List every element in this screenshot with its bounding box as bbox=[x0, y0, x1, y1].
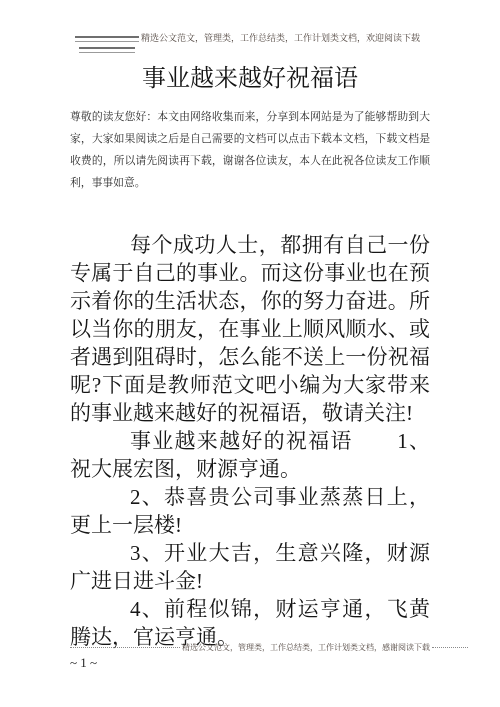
footer-dotted-line-right bbox=[432, 647, 468, 648]
header-text: 精选公文范文，管理类，工作总结类，工作计划类文档，欢迎阅读下载 bbox=[141, 31, 420, 44]
body-paragraph: 事业越来越好的祝福语 1、祝大展宏图，财源亨通。 bbox=[70, 427, 430, 483]
body-paragraph: 每个成功人士，都拥有自己一份专属于自己的事业。而这份事业也在预示着你的生活状态，… bbox=[70, 231, 430, 427]
footer-text: 精选公文范文，管理类，工作总结类，工作计划类文档，感谢阅读下载 bbox=[180, 642, 432, 653]
header-double-rule-bottom bbox=[79, 47, 135, 53]
body-paragraph: 3、开业大吉，生意兴隆，财源广进日进斗金! bbox=[70, 539, 430, 595]
body-paragraph: 2、恭喜贵公司事业蒸蒸日上，更上一层楼! bbox=[70, 483, 430, 539]
document-page: 精选公文范文，管理类，工作总结类，工作计划类文档，欢迎阅读下载 事业越来越好祝福… bbox=[0, 0, 500, 707]
page-number: ~ 1 ~ bbox=[70, 655, 97, 671]
header-double-rule-top bbox=[75, 36, 139, 42]
reader-notice-paragraph: 尊敬的读友您好：本文由网络收集而来，分享到本网站是为了能够帮助到大家，大家如果阅… bbox=[70, 106, 430, 194]
body-text: 每个成功人士，都拥有自己一份专属于自己的事业。而这份事业也在预示着你的生活状态，… bbox=[70, 231, 430, 651]
page-title: 事业越来越好祝福语 bbox=[0, 64, 500, 94]
footer-rule: 精选公文范文，管理类，工作总结类，工作计划类文档，感谢阅读下载 bbox=[70, 642, 468, 653]
footer-dotted-line-left bbox=[70, 647, 180, 648]
